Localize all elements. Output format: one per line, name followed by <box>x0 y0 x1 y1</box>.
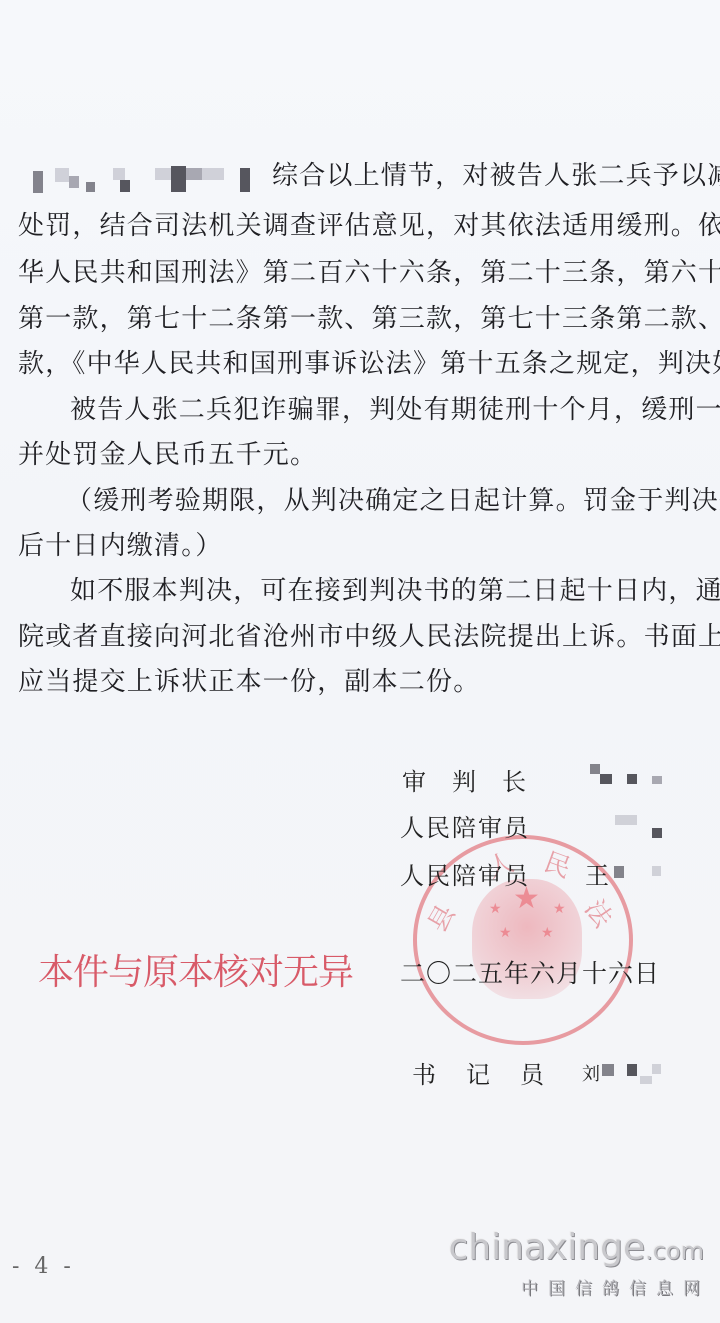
juror-2-name: 王 <box>585 856 610 891</box>
seal-char: 民 <box>539 842 576 886</box>
document-page: 综合以上情节，对被告人张二兵予以减轻 处罚，结合司法机关调查评估意见，对其依法适… <box>0 0 720 1323</box>
seal-star-icon: ★ <box>499 925 512 941</box>
certification-stamp: 本件与原本核对无异 <box>38 944 353 995</box>
appeal-line-1: 如不服本判决，可在接到判决书的第二日起十日内，通过本 <box>70 578 720 604</box>
page-number: - 4 - <box>12 1254 75 1279</box>
body-line-1: 综合以上情节，对被告人张二兵予以减轻 <box>272 163 720 189</box>
body-line-3: 华人民共和国刑法》第二百六十六条，第二十三条，第六十七条 <box>18 260 720 286</box>
note-line-2: 后十日内缴清。） <box>18 533 223 559</box>
appeal-line-3: 应当提交上诉状正本一份，副本二份。 <box>18 669 480 695</box>
watermark-domain: chinaxinge.com <box>448 1230 704 1266</box>
seal-char: 县 <box>417 897 462 938</box>
watermark-domain-main: chinaxinge <box>448 1227 645 1268</box>
note-line-1: （缓刑考验期限，从判决确定之日起计算。罚金于判决生效 <box>66 488 720 514</box>
appeal-line-2: 院或者直接向河北省沧州市中级人民法院提出上诉。书面上诉的， <box>18 624 720 650</box>
watermark-domain-suffix: .com <box>645 1237 704 1265</box>
seal-char: 法 <box>577 891 622 934</box>
clerk-name: 刘 <box>582 1060 601 1086</box>
verdict-line-1: 被告人张二兵犯诈骗罪，判处有期徒刑十个月，缓刑一年， <box>70 397 720 423</box>
seal-star-icon: ★ <box>541 925 554 941</box>
body-line-4: 第一款，第七十二条第一款、第三款，第七十三条第二款、第三 <box>18 306 720 332</box>
judgment-date: 二〇二五年六月十六日 <box>400 954 660 990</box>
juror-1-label: 人民陪审员 <box>400 808 530 843</box>
site-watermark: chinaxinge.com 中国信鸽信息网 <box>448 1230 704 1299</box>
juror-2-label: 人民陪审员 <box>400 856 530 891</box>
seal-star-icon: ★ <box>553 901 566 917</box>
body-line-5: 款，《中华人民共和国刑事诉讼法》第十五条之规定，判决如下： <box>18 351 720 377</box>
seal-star-icon: ★ <box>489 901 502 917</box>
presiding-judge-label: 审判长 <box>402 762 552 797</box>
watermark-site-name: 中国信鸽信息网 <box>448 1274 710 1299</box>
verdict-line-2: 并处罚金人民币五千元。 <box>18 442 317 468</box>
clerk-label: 书记员 <box>412 1055 574 1090</box>
body-line-2: 处罚，结合司法机关调查评估意见，对其依法适用缓刑。依照《中 <box>18 213 720 239</box>
